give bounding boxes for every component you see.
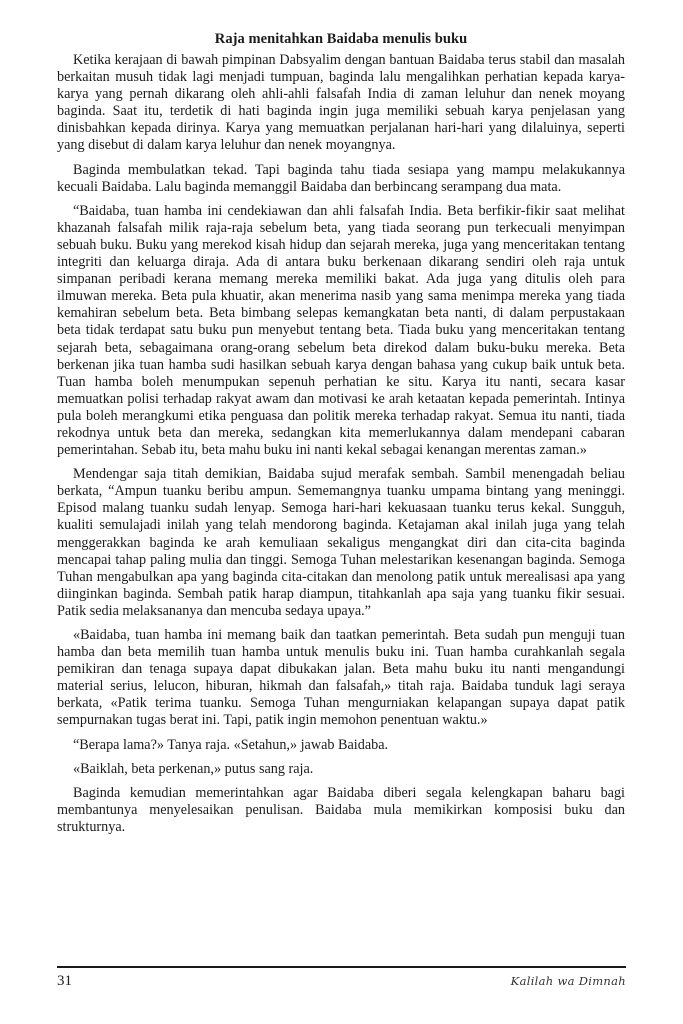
footer-divider <box>57 966 626 968</box>
section-title: Raja menitahkan Baidaba menulis buku <box>57 30 625 48</box>
paragraph-5: «Baidaba, tuan hamba ini memang baik dan… <box>57 627 625 730</box>
paragraph-3: “Baidaba, tuan hamba ini cendekiawan dan… <box>57 203 625 459</box>
paragraph-1: Ketika kerajaan di bawah pimpinan Dabsya… <box>57 52 625 155</box>
paragraph-8: Baginda kemudian memerintahkan agar Baid… <box>57 785 625 836</box>
paragraph-2: Baginda membulatkan tekad. Tapi baginda … <box>57 162 625 196</box>
paragraph-7: «Baiklah, beta perkenan,» putus sang raj… <box>57 761 625 778</box>
paragraph-6: “Berapa lama?» Tanya raja. «Setahun,» ja… <box>57 737 625 754</box>
paragraph-4: Mendengar saja titah demikian, Baidaba s… <box>57 466 625 620</box>
running-title: Kalilah wa Dimnah <box>511 973 626 989</box>
page-number: 31 <box>57 972 72 990</box>
page-body: Raja menitahkan Baidaba menulis buku Ket… <box>57 30 625 843</box>
